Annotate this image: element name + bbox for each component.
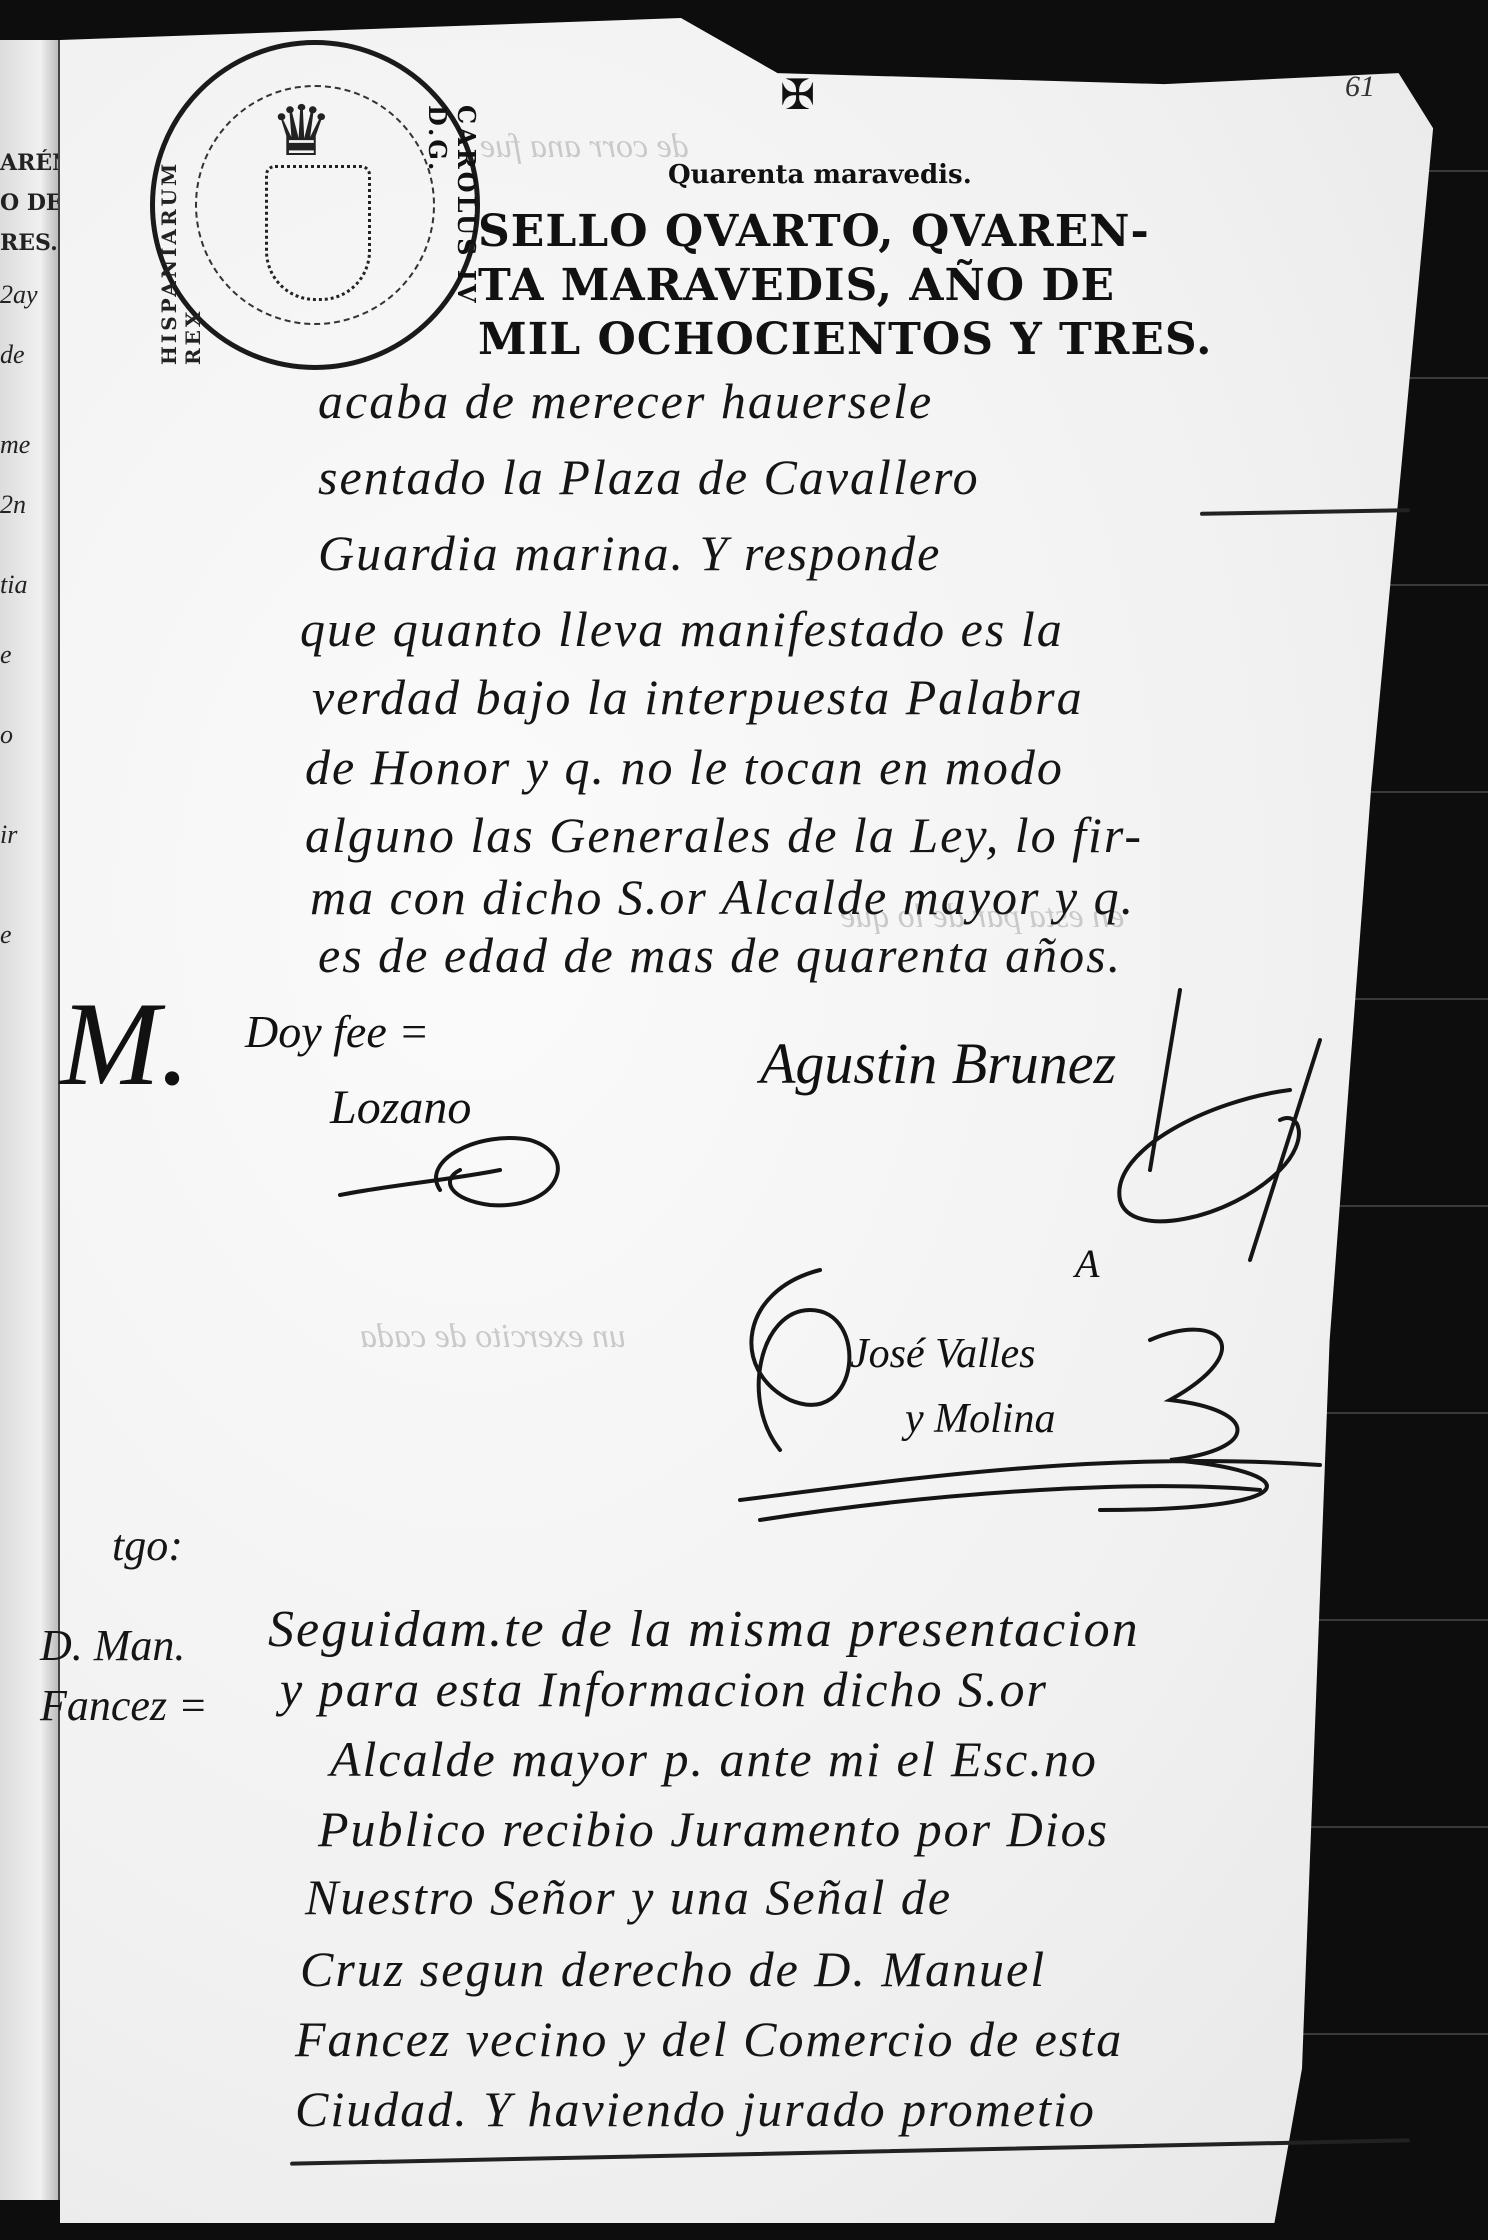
royal-seal-stamp: ♛ CAROLUS IV D.G. HISPANIARUM REX <box>150 40 480 370</box>
bleed-through-text: un exercito de cada <box>360 1318 626 1356</box>
left-fragment: e <box>0 640 12 670</box>
stamp-line: MIL OCHOCIENTOS Y TRES. <box>478 313 1212 367</box>
left-fragment: o <box>0 720 13 750</box>
manuscript-line: Guardia marina. Y responde <box>318 524 941 582</box>
manuscript-line: que quanto lleva manifestado es la <box>300 600 1064 658</box>
left-fragment: 2ay <box>0 280 38 310</box>
left-fragment: ir <box>0 820 17 850</box>
manuscript-line: de Honor y q. no le tocan en modo <box>305 738 1064 796</box>
manuscript-line: Fancez vecino y del Comercio de esta <box>295 2010 1123 2068</box>
left-fragment: O DE <box>0 190 60 216</box>
margin-line: Fancez = <box>40 1680 208 1731</box>
signature-rubric <box>1050 980 1350 1280</box>
manuscript-line: acaba de merecer hauersele <box>318 372 933 430</box>
manuscript-line: sentado la Plaza de Cavallero <box>318 448 980 506</box>
stamp-line: TA MARAVEDIS, AÑO DE <box>478 259 1212 313</box>
signature-mark-m: M. <box>60 975 190 1113</box>
stamp-line: SELLO QVARTO, QVAREN- <box>478 205 1212 259</box>
manuscript-line: alguno las Generales de la Ley, lo fir- <box>305 806 1143 864</box>
seal-legend-right: CAROLUS IV D.G. <box>423 105 481 365</box>
left-fragment: RES. <box>0 230 58 256</box>
crown-icon: ♛ <box>270 90 333 173</box>
manuscript-line: Ciudad. Y haviendo jurado prometio <box>295 2080 1096 2138</box>
left-fragment: me <box>0 430 30 460</box>
left-fragment: e <box>0 920 12 950</box>
attestation-note: Doy fee = <box>245 1005 429 1058</box>
left-fragment: 2n <box>0 490 26 520</box>
left-fragment: tia <box>0 570 27 600</box>
signature-rubric <box>330 1100 590 1210</box>
manuscript-line: y para esta Informacion dicho S.or <box>280 1660 1048 1718</box>
margin-heading: tgo: <box>112 1520 183 1571</box>
manuscript-line: verdad bajo la interpuesta Palabra <box>312 668 1084 726</box>
manuscript-line: es de edad de mas de quarenta años. <box>318 926 1122 984</box>
margin-line: D. Man. <box>40 1620 185 1671</box>
folio-number: 61 <box>1345 70 1375 104</box>
manuscript-line: ma con dicho S.or Alcalde mayor y q. <box>310 868 1135 926</box>
left-fragment: de <box>0 340 25 370</box>
manuscript-line: Cruz segun derecho de D. Manuel <box>300 1940 1046 1998</box>
manuscript-line: Publico recibio Juramento por Dios <box>318 1800 1109 1858</box>
manuscript-line: Seguidam.te de la misma presentacion <box>268 1600 1140 1659</box>
adjacent-page-strip: ARÉN O DE RES. 2ay de me 2n tia e o ir e <box>0 40 60 2200</box>
seal-legend-left: HISPANIARUM REX <box>157 105 205 365</box>
cross-icon: ✠ <box>780 70 815 120</box>
manuscript-line: Nuestro Señor y una Señal de <box>305 1868 952 1926</box>
signature-rubric <box>700 1250 1400 1550</box>
stamp-value-line: Quarenta maravedis. <box>668 160 972 190</box>
stamp-text-block: SELLO QVARTO, QVAREN- TA MARAVEDIS, AÑO … <box>478 205 1212 367</box>
coat-of-arms-icon <box>265 165 371 301</box>
manuscript-line: Alcalde mayor p. ante mi el Esc.no <box>330 1730 1098 1788</box>
bleed-through-text: de corr ana fue <box>480 128 689 166</box>
left-fragment: ARÉN <box>0 150 60 176</box>
